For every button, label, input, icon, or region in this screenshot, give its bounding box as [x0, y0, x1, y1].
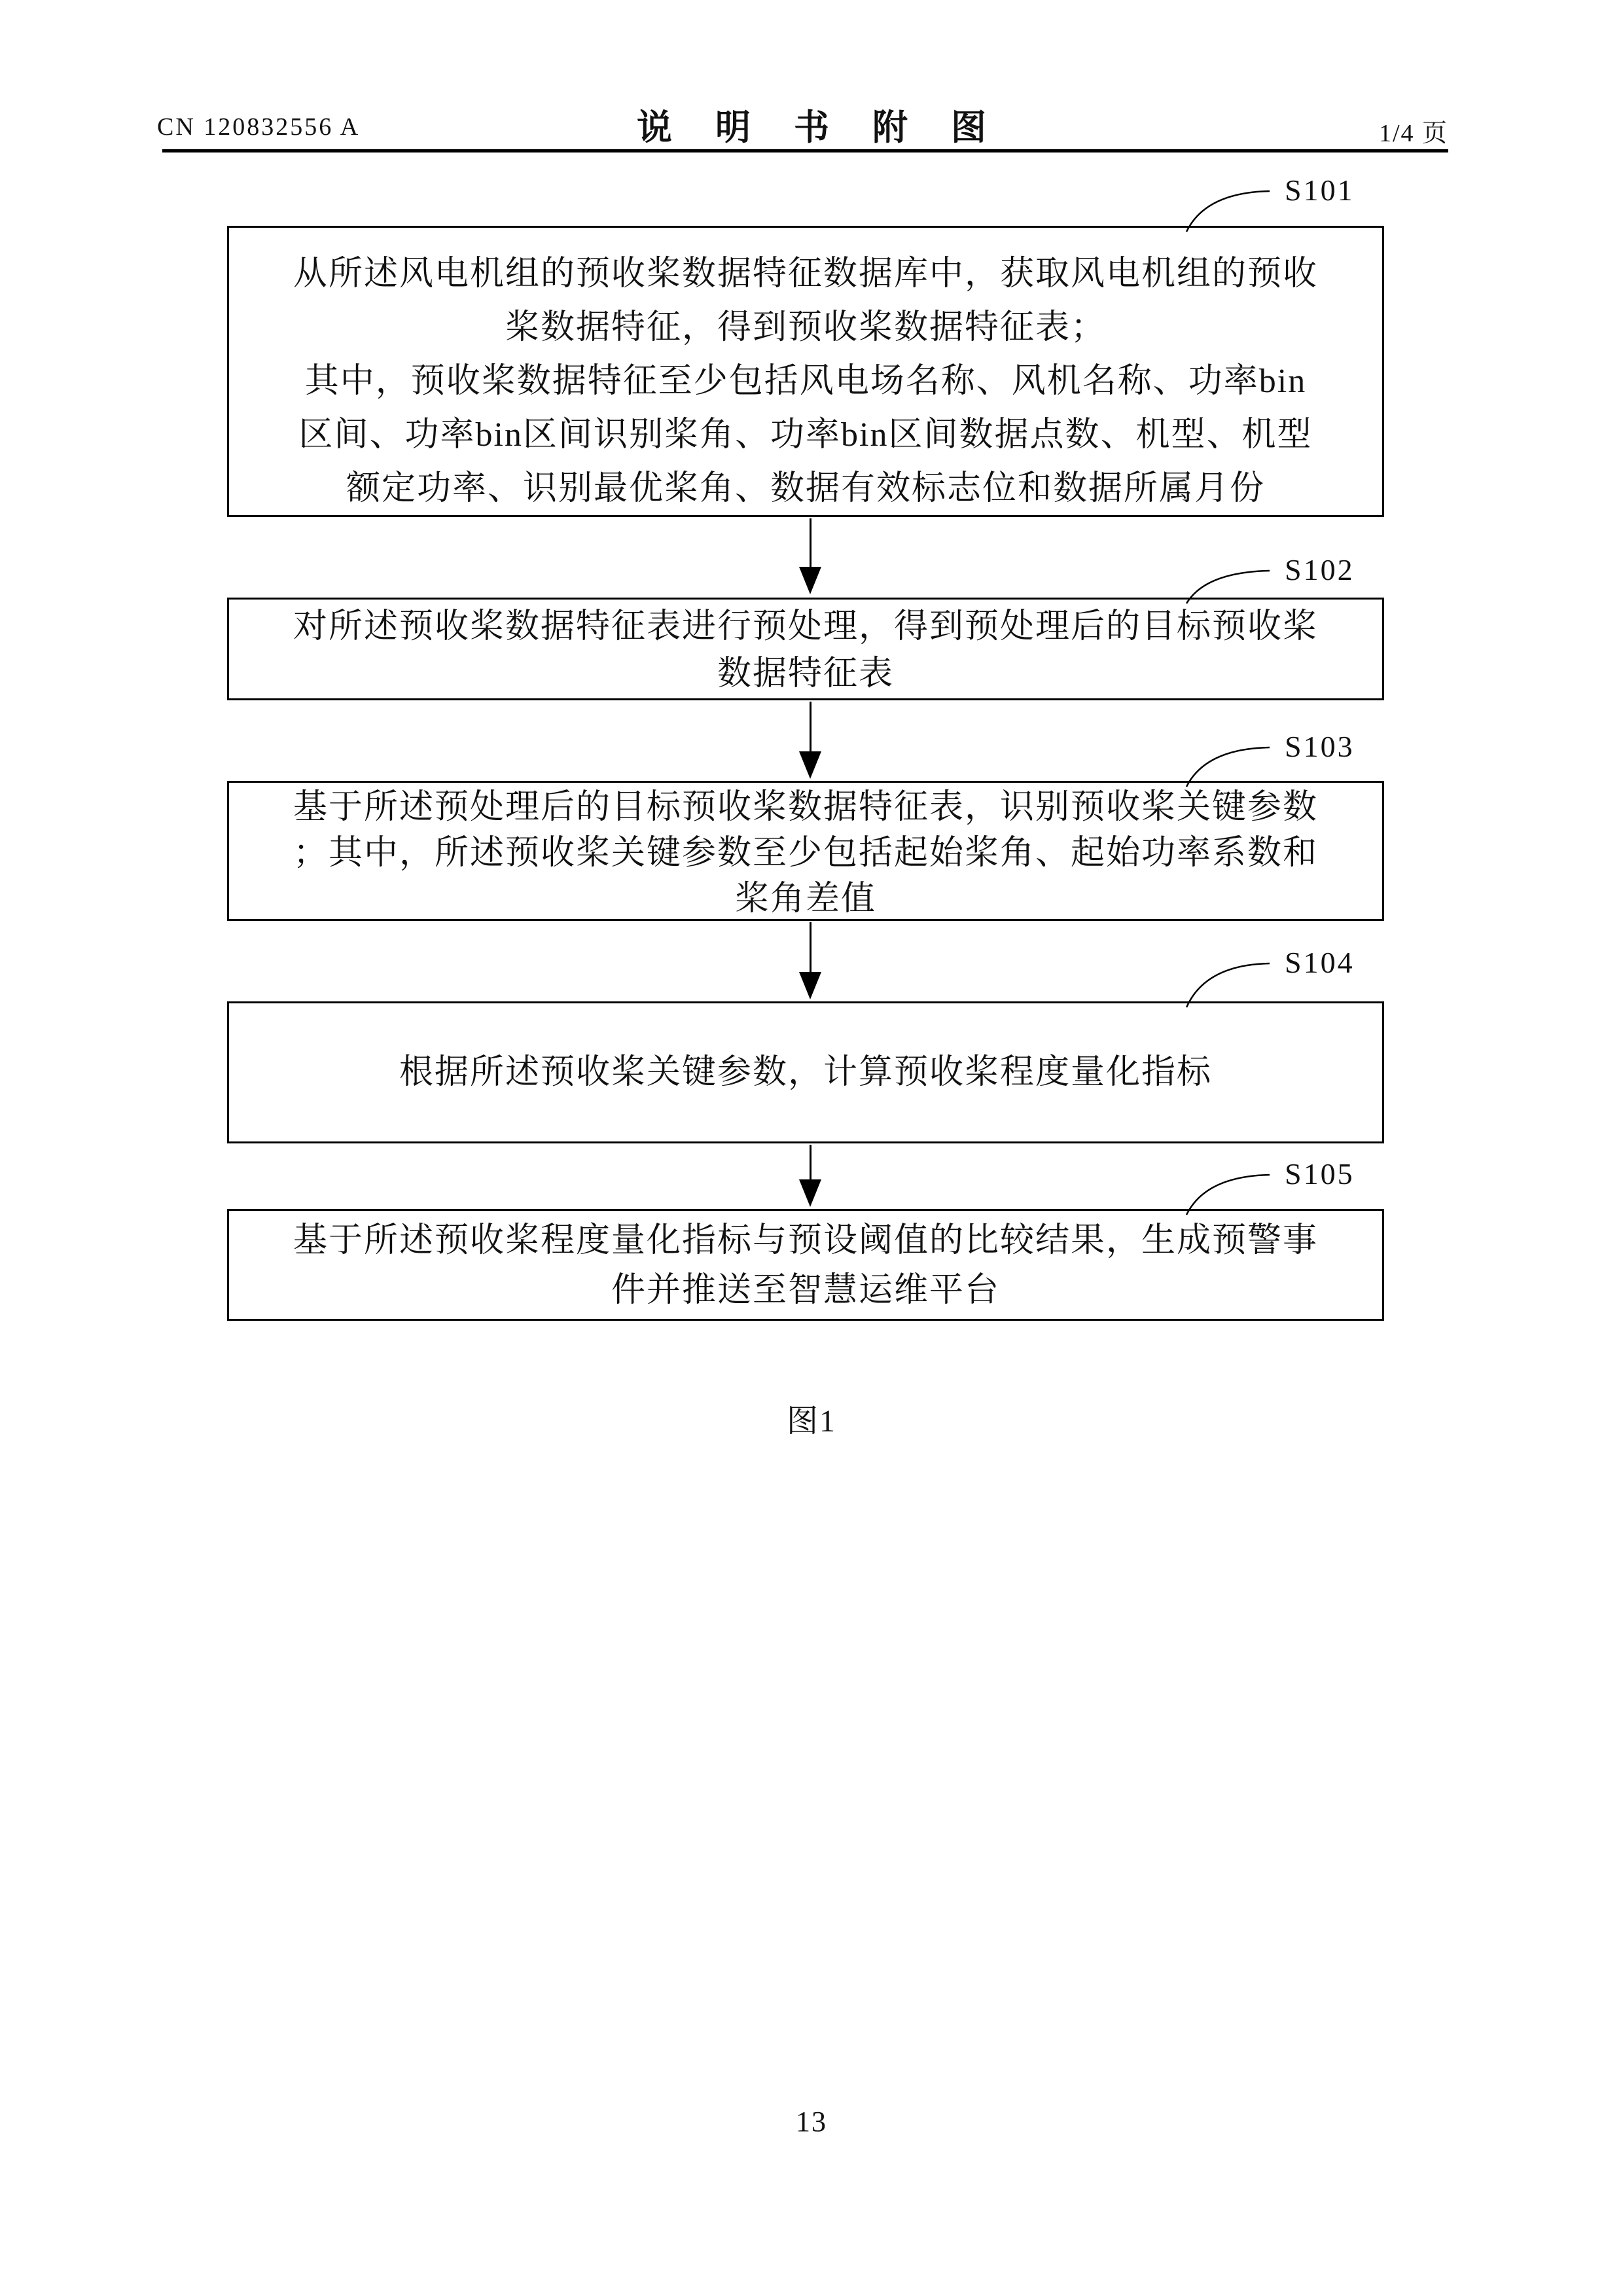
step-text-line: 从所述风电机组的预收桨数据特征数据库中，获取风电机组的预收: [229, 247, 1382, 301]
step-label-s103: S103: [1285, 729, 1355, 764]
flow-arrow-head: [799, 1179, 821, 1207]
flow-arrow-line: [810, 518, 811, 568]
step-label-s101: S101: [1285, 173, 1355, 207]
step-label-s105: S105: [1285, 1157, 1355, 1191]
step-label-s102: S102: [1285, 552, 1355, 587]
flow-arrow-line: [810, 922, 811, 972]
flow-step-box-s103: 基于所述预处理后的目标预收桨数据特征表，识别预收桨关键参数 ；其中，所述预收桨关…: [227, 781, 1384, 921]
step-text-line: 桨数据特征，得到预收桨数据特征表；: [229, 301, 1382, 355]
flow-step-box-s104: 根据所述预收桨关键参数，计算预收桨程度量化指标: [227, 1001, 1384, 1143]
step-text-line: 对所述预收桨数据特征表进行预处理，得到预处理后的目标预收桨: [229, 603, 1382, 651]
step-text-line: 额定功率、识别最优桨角、数据有效标志位和数据所属月份: [229, 462, 1382, 516]
step-text-line: ；其中，所述预收桨关键参数至少包括起始桨角、起始功率系数和: [229, 831, 1382, 876]
patent-drawing-page: CN 120832556 A 说明书附图 1/4 页 S101 S102 S10…: [0, 0, 1623, 2296]
flow-arrow-line: [810, 702, 811, 751]
step-text-line: 件并推送至智慧运维平台: [229, 1266, 1382, 1316]
figure-caption: 图1: [0, 1395, 1623, 1441]
flow-arrow-line: [810, 1145, 811, 1181]
step-text-line: 基于所述预处理后的目标预收桨数据特征表，识别预收桨关键参数: [229, 785, 1382, 831]
step-label-s104: S104: [1285, 945, 1355, 980]
step-text-line: 区间、功率bin区间识别桨角、功率bin区间数据点数、机型、机型: [229, 408, 1382, 462]
step-text-line: 数据特征表: [229, 651, 1382, 698]
flow-step-box-s102: 对所述预收桨数据特征表进行预处理，得到预处理后的目标预收桨 数据特征表: [227, 598, 1384, 700]
flow-arrow-head: [799, 567, 821, 594]
page-number: 13: [0, 2105, 1623, 2138]
flow-step-box-s105: 基于所述预收桨程度量化指标与预设阈值的比较结果，生成预警事 件并推送至智慧运维平…: [227, 1209, 1384, 1321]
step-text-line: 桨角差值: [229, 876, 1382, 922]
flow-step-box-s101: 从所述风电机组的预收桨数据特征数据库中，获取风电机组的预收 桨数据特征，得到预收…: [227, 226, 1384, 517]
step-text-line: 其中，预收桨数据特征至少包括风电场名称、风机名称、功率bin: [229, 355, 1382, 408]
step-text-line: 根据所述预收桨关键参数，计算预收桨程度量化指标: [399, 1046, 1212, 1100]
flow-arrow-head: [799, 972, 821, 999]
leader-line-s104: [1186, 963, 1270, 1007]
step-text-line: 基于所述预收桨程度量化指标与预设阈值的比较结果，生成预警事: [229, 1216, 1382, 1266]
flow-arrow-head: [799, 751, 821, 779]
